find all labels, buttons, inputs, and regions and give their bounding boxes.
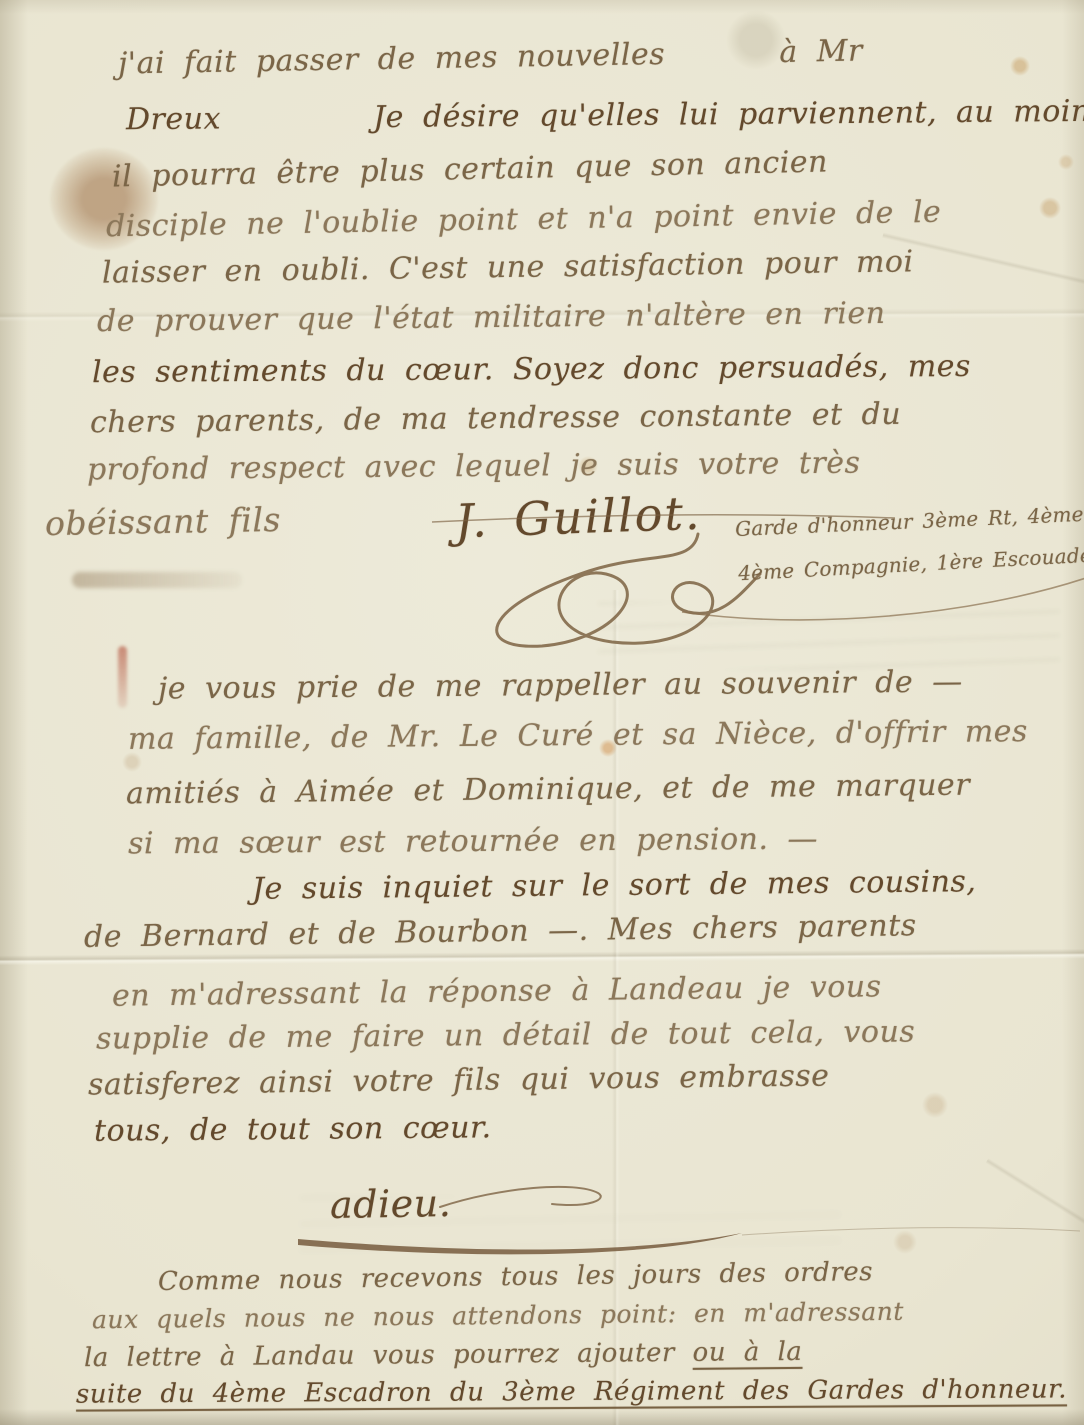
opening-line-7: les sentiments du cœur. Soyez donc persu…	[92, 349, 971, 390]
opening-line-5: laisser en oubli. C'est une satisfaction…	[102, 244, 914, 290]
opening-line-4: disciple ne l'oublie point et n'a point …	[106, 195, 942, 245]
signature-flourish	[430, 488, 1084, 688]
red-wax-streak	[118, 646, 127, 708]
postscript-line-1: Comme nous recevons tous les jours des o…	[158, 1257, 873, 1297]
opening-line-3: il pourra être plus certain que son anci…	[112, 145, 829, 195]
ink-smudge	[72, 572, 242, 588]
opening-line-1: j'ai fait passer de mes nouvelles à Mr	[118, 34, 863, 82]
middle-line-1: je vous prie de me rappeller au souvenir…	[158, 664, 963, 706]
postscript-line-4: suite du 4ème Escadron du 3ème Régiment …	[76, 1374, 1067, 1409]
postscript-line-3-plain: la lettre à Landau vous pourrez ajouter	[84, 1338, 693, 1373]
opening-line-9: profond respect avec lequel je suis votr…	[87, 446, 861, 488]
middle-line-5: Je suis inquiet sur le sort de mes cousi…	[252, 864, 977, 907]
middle-line-7: en m'adressant la réponse à Landeau je v…	[112, 969, 882, 1013]
middle-line-8: supplie de me faire un détail de tout ce…	[96, 1014, 915, 1056]
opening-line-2: Dreux Je désire qu'elles lui parviennent…	[126, 94, 1084, 138]
postscript-line-3: la lettre à Landau vous pourrez ajouter …	[84, 1337, 803, 1373]
postscript-line-3-underlined: ou à la	[692, 1337, 802, 1368]
middle-line-9: satisferez ainsi votre fils qui vous emb…	[88, 1058, 830, 1102]
opening-line-8: chers parents, de ma tendresse constante…	[90, 397, 901, 440]
middle-line-6: de Bernard et de Bourbon —. Mes chers pa…	[84, 908, 917, 955]
opening-line-6: de prouver que l'état militaire n'altère…	[97, 296, 886, 339]
postscript-line-2: aux quels nous ne nous attendons point: …	[92, 1297, 904, 1334]
letter-page: j'ai fait passer de mes nouvelles à Mr D…	[0, 0, 1084, 1425]
middle-line-2: ma famille, de Mr. Le Curé et sa Nièce, …	[128, 714, 1028, 757]
signature-prefix: obéissant fils	[45, 500, 282, 543]
middle-line-3: amitiés à Aimée et Dominique, et de me m…	[126, 768, 970, 812]
middle-line-10: tous, de tout son cœur.	[94, 1110, 492, 1148]
middle-line-4: si ma sœur est retournée en pension. —	[128, 822, 818, 862]
